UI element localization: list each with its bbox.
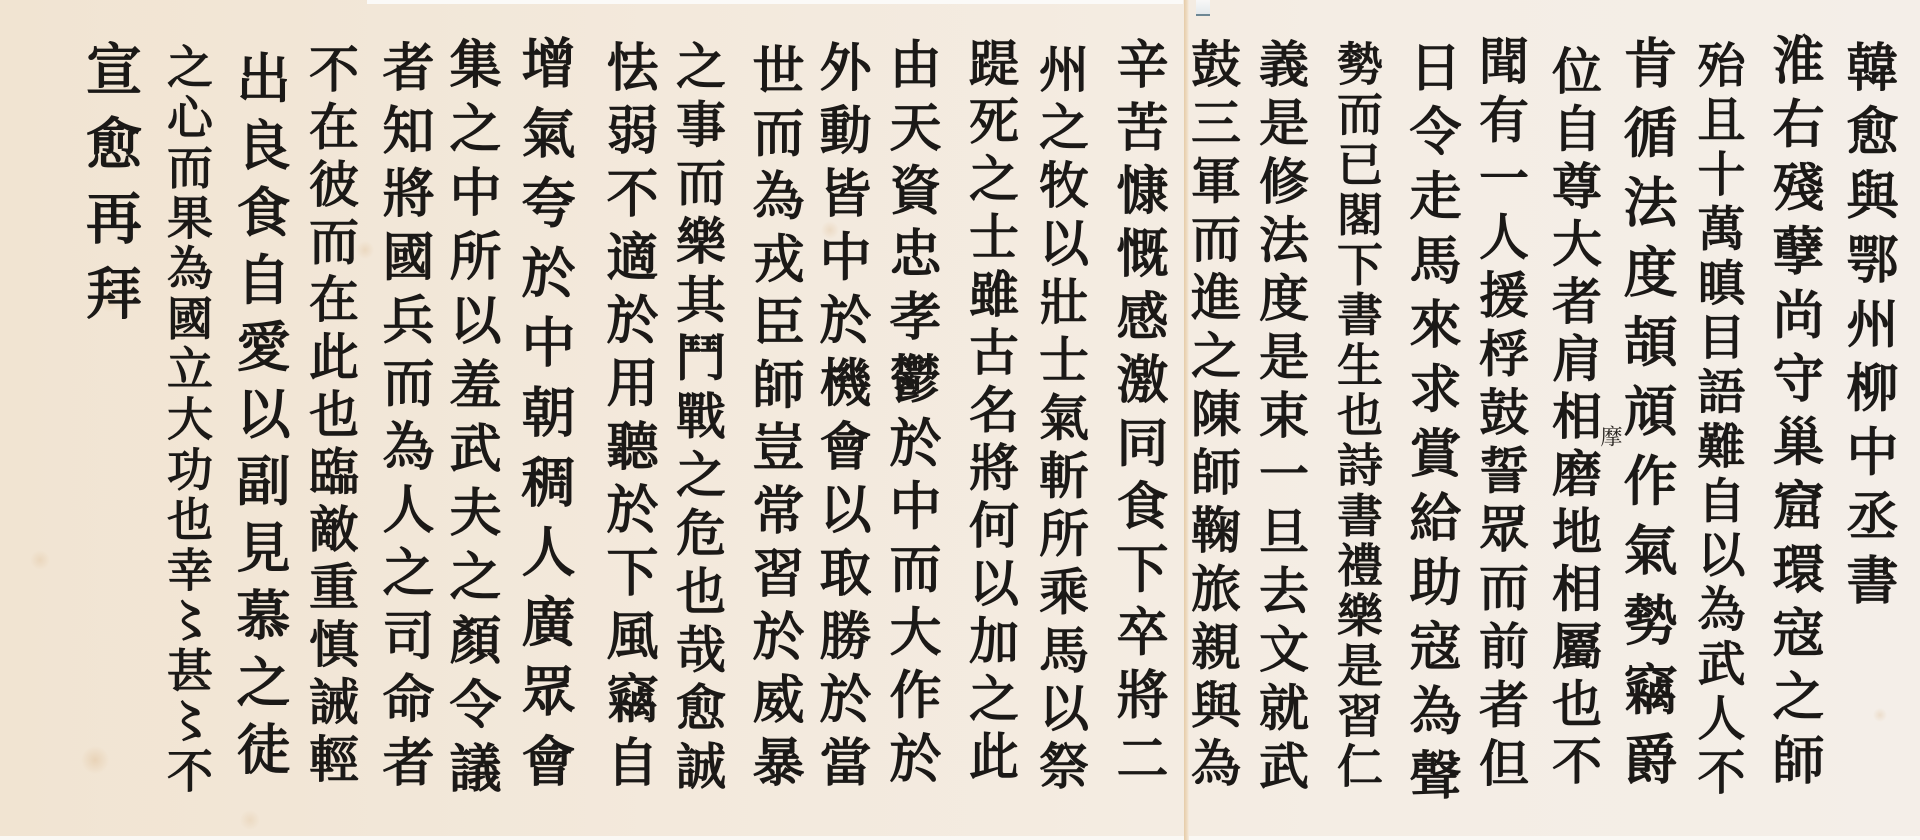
calligraphy-column: 淮右殘孽尚守巢窟環寇之師	[1761, 33, 1825, 785]
calligraphy-column: 不在彼而在此也臨敵重慎誡輕	[298, 43, 362, 783]
calligraphy-column: 出良食自愛以副見慕之徒	[228, 50, 292, 775]
calligraphy-column: 踶死之士雖古名將何以加之此	[958, 37, 1022, 780]
column-text: 淮右殘孽尚守巢窟環寇之師	[1763, 33, 1824, 797]
column-text: 怯弱不適於用聽於下風竊自	[597, 40, 658, 798]
column-text: 肯循法度頡頏作氣勢竊爵	[1615, 35, 1679, 801]
column-text: 增氣夸於中朝稠人廣眾會	[513, 35, 577, 803]
scan-edge-top	[367, 0, 1183, 4]
scan-edge-bottom	[0, 836, 1920, 840]
column-text: 集之中所以羞武夫之顏令議	[440, 37, 501, 805]
column-text: 之心而果為國立大功也幸〻甚〻不	[160, 43, 214, 797]
column-text: 勢而已閣下書生也詩書禮樂是習仁	[1330, 40, 1384, 792]
tape-mark	[1196, 0, 1210, 16]
calligraphy-column: 之心而果為國立大功也幸〻甚〻不	[155, 43, 219, 793]
calligraphy-column: 肯循法度頡頏作氣勢竊爵	[1615, 35, 1679, 785]
column-text: 世而為戎臣師豈常習於威暴	[743, 43, 804, 798]
column-text: 義是修法度是束一旦去文就武	[1251, 38, 1310, 799]
column-text: 位自尊大者肩相磨地相屬也不	[1544, 45, 1603, 793]
column-text: 之事而樂其鬥戰之危也哉愈誠	[668, 40, 727, 798]
calligraphy-column: 鼓三軍而進之陳師鞠旅親與為	[1180, 38, 1244, 787]
calligraphy-column: 日令走馬來求賞給助寇為聲	[1398, 40, 1462, 800]
column-text: 踶死之士雖古名將何以加之此	[961, 37, 1020, 788]
column-text: 日令走馬來求賞給助寇為聲	[1400, 40, 1461, 812]
calligraphy-column: 義是修法度是束一旦去文就武	[1248, 38, 1312, 790]
calligraphy-column: 外動皆中於機會以取勝於當	[808, 40, 872, 787]
column-text: 辛苦慷慨感激同食下卒將二	[1107, 37, 1168, 794]
calligraphy-column: 集之中所以羞武夫之顏令議	[438, 37, 502, 793]
column-text: 外動皆中於機會以取勝於當	[810, 40, 871, 798]
calligraphy-column: 之事而樂其鬥戰之危也哉愈誠	[665, 40, 729, 790]
calligraphy-column: 殆且十萬瞋目語難自以為武人不	[1685, 40, 1749, 795]
calligraphy-column: 者知將國兵而為人之司命者	[371, 40, 435, 787]
column-text: 州之牧以壯士氣斬所乘馬以祭	[1031, 43, 1090, 798]
closing-text: 宣愈再拜	[77, 40, 143, 339]
correction-annotation: 摩	[1596, 425, 1622, 447]
closing-column: 宣愈再拜	[78, 40, 142, 320]
calligraphy-column: 世而為戎臣師豈常習於威暴	[741, 43, 805, 787]
column-text: 鼓三軍而進之陳師鞠旅親與為	[1183, 38, 1242, 795]
column-text: 由天資忠孝鬱於中而大作於	[880, 37, 941, 794]
letter-title-text: 韓愈與鄂州柳中丞書	[1837, 40, 1898, 617]
calligraphy-column: 辛苦慷慨感激同食下卒將二	[1105, 37, 1169, 783]
calligraphy-column: 增氣夸於中朝稠人廣眾會	[513, 35, 577, 787]
calligraphy-column: 聞有一人援桴鼓誓眾而前者但	[1468, 35, 1532, 787]
column-text: 殆且十萬瞋目語難自以為武人不	[1689, 40, 1745, 801]
column-text: 出良食自愛以副見慕之徒	[228, 50, 292, 788]
calligraphy-column: 由天資忠孝鬱於中而大作於	[878, 37, 942, 783]
column-text: 聞有一人援桴鼓誓眾而前者但	[1471, 35, 1530, 796]
calligraphy-column: 勢而已閣下書生也詩書禮樂是習仁	[1325, 40, 1389, 788]
letter-title: 韓愈與鄂州柳中丞書	[1835, 40, 1899, 605]
column-text: 者知將國兵而為人之司命者	[373, 40, 434, 798]
calligraphy-column: 州之牧以壯士氣斬所乘馬以祭	[1028, 43, 1092, 790]
calligraphy-column: 怯弱不適於用聽於下風竊自	[595, 40, 659, 787]
column-text: 不在彼而在此也臨敵重慎誡輕	[301, 43, 360, 791]
calligraphy-column: 位自尊大者肩相磨地相屬也不	[1541, 45, 1605, 785]
